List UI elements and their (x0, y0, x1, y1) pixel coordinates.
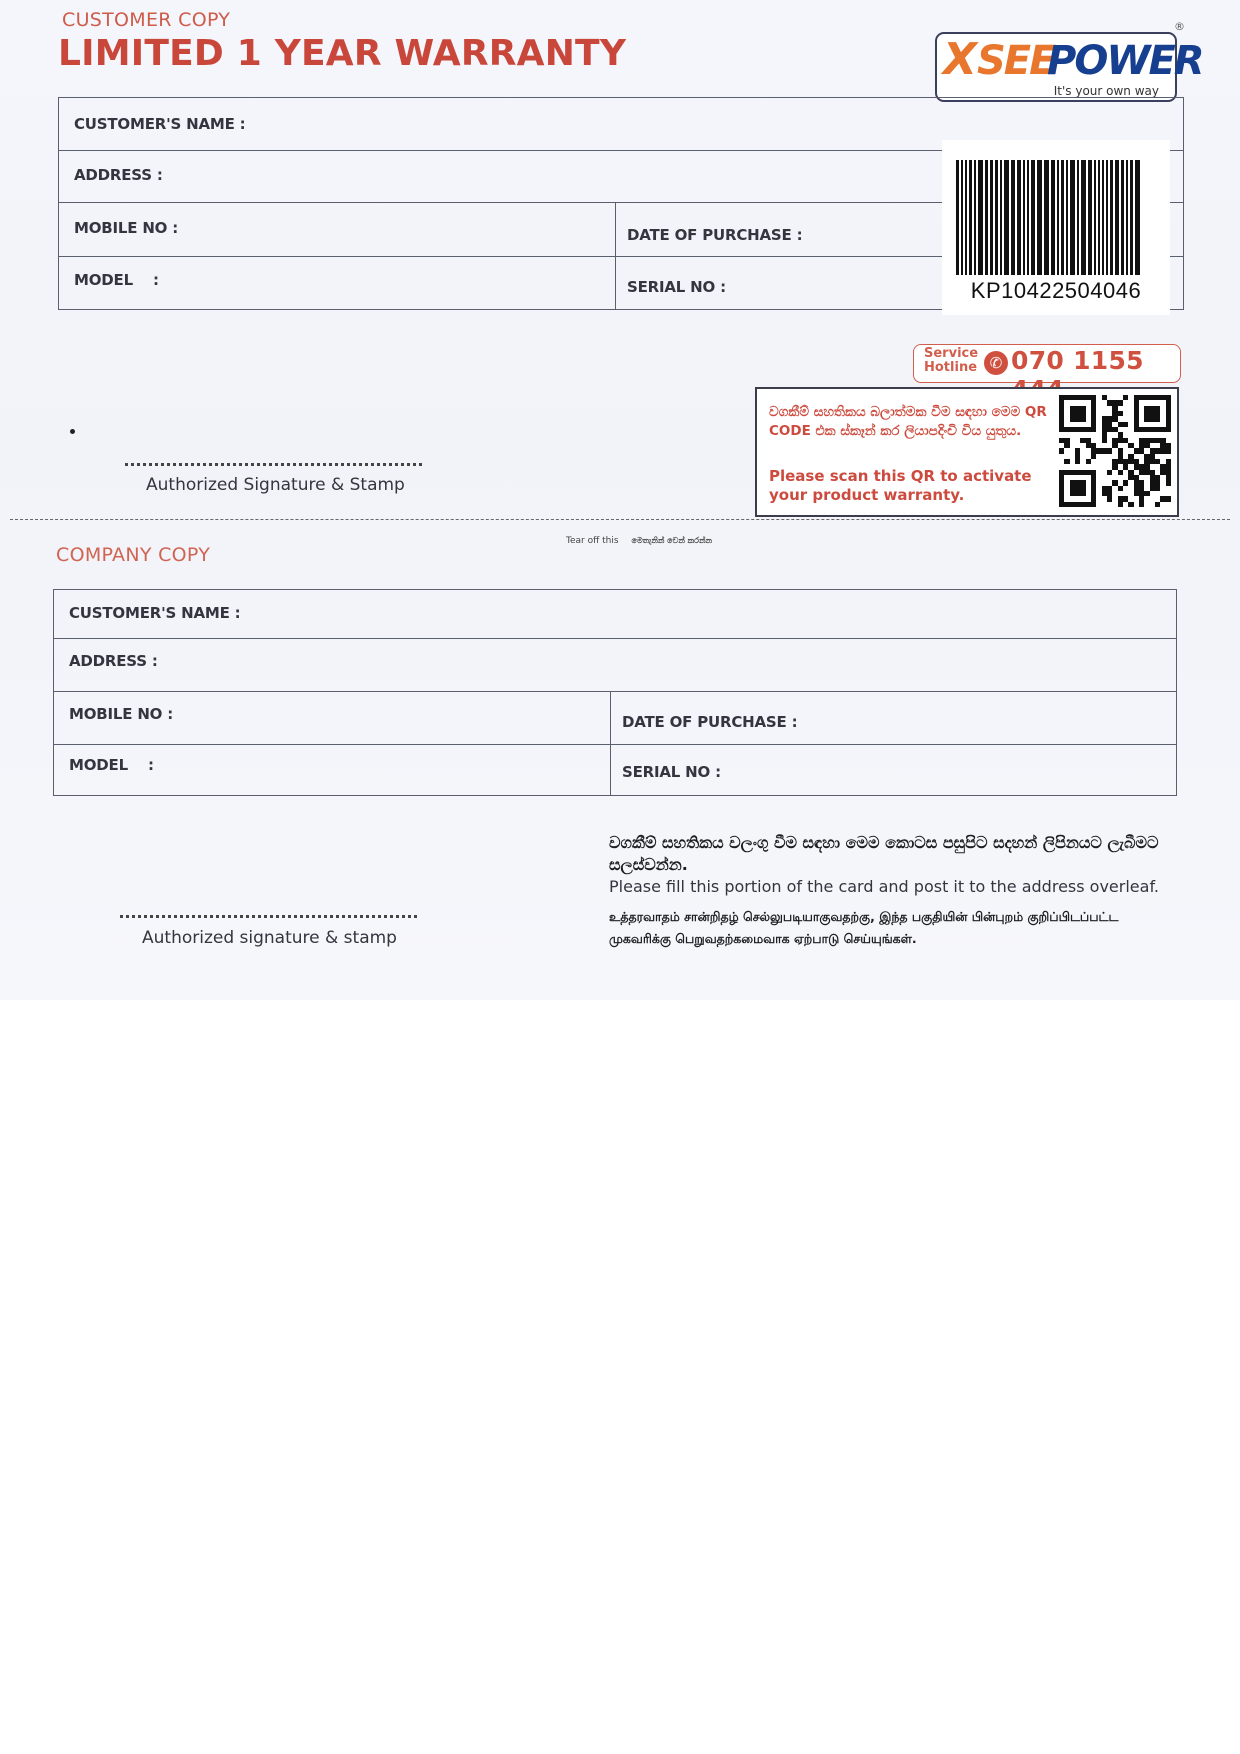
barcode-bar (1004, 160, 1009, 275)
tear-off-note: Tear off this මෙතැනින් වෙන් කරන්න (566, 536, 712, 546)
barcode-bar (1011, 160, 1015, 275)
authorized-signature-label: Authorized Signature & Stamp (146, 475, 405, 495)
barcode-bar (1000, 160, 1002, 275)
barcode-bar (1061, 160, 1064, 275)
model-label[interactable]: MODEL : (74, 271, 159, 289)
barcode-bar (1031, 160, 1035, 275)
barcode-bar (974, 160, 976, 275)
customer-name-row[interactable]: CUSTOMER'S NAME : (54, 590, 1176, 639)
qr-notice-sinhala: වගකීම් සහතිකය බලාත්මක වීම සඳහා මෙම QR CO… (769, 403, 1054, 441)
phone-icon: ✆ (984, 351, 1008, 375)
hotline-label-line2: Hotline (924, 361, 978, 375)
serial-no-label[interactable]: SERIAL NO : (622, 763, 721, 781)
date-of-purchase-label[interactable]: DATE OF PURCHASE : (622, 713, 797, 731)
barcode-bar (990, 160, 993, 275)
warranty-title: LIMITED 1 YEAR WARRANTY (58, 33, 626, 74)
barcode-sticker: KP10422504046 (942, 140, 1170, 315)
column-divider (610, 691, 611, 795)
barcode-bar (978, 160, 983, 275)
barcode-bar (1102, 160, 1104, 275)
instructions-sinhala: වගකීම් සහතිකය වලංගු වීම සඳහා මෙම කොටස පස… (609, 832, 1169, 876)
barcode-bar (1088, 160, 1092, 275)
address-label: ADDRESS : (69, 652, 158, 670)
company-copy-form: CUSTOMER'S NAME : ADDRESS : MOBILE NO : … (53, 589, 1177, 796)
barcode-bar (1066, 160, 1068, 275)
mobile-date-row: MOBILE NO : DATE OF PURCHASE : (54, 691, 1176, 745)
brand-name-power: POWER (1047, 38, 1203, 84)
date-of-purchase-label[interactable]: DATE OF PURCHASE : (627, 226, 802, 244)
registered-mark: ® (1174, 20, 1185, 33)
address-label: ADDRESS : (74, 166, 163, 184)
instructions-tamil: உத்தரவாதம் சான்றிதழ் செல்லுபடியாகுவதற்கு… (609, 906, 1169, 950)
barcode-bar (1051, 160, 1055, 275)
tear-off-line[interactable] (10, 519, 1230, 520)
barcode-bar (1057, 160, 1059, 275)
signature-line (125, 463, 422, 466)
barcode-bar (1126, 160, 1128, 275)
barcode-bar (1094, 160, 1096, 275)
barcode-bar (1130, 160, 1133, 275)
address-row[interactable]: ADDRESS : (54, 638, 1176, 692)
barcode-bar (969, 160, 972, 275)
runner-x-icon: X (943, 34, 977, 85)
barcode-bar (1110, 160, 1113, 275)
barcode-icon (956, 160, 1156, 275)
barcode-bar (1027, 160, 1029, 275)
qr-code-icon[interactable] (1059, 395, 1171, 507)
column-divider (615, 202, 616, 309)
qr-activation-box: වගකීම් සහතිකය බලාත්මක වීම සඳහා මෙම QR CO… (755, 387, 1179, 517)
tear-off-english: Tear off this (566, 536, 619, 546)
barcode-value: KP10422504046 (942, 278, 1170, 304)
barcode-bar (965, 160, 967, 275)
customer-copy-heading: CUSTOMER COPY (62, 9, 230, 31)
barcode-bar (1070, 160, 1075, 275)
brand-name-see: SEE (977, 38, 1054, 84)
brand-logo: X SEE POWER It's your own way (935, 32, 1177, 102)
barcode-bar (956, 160, 959, 275)
barcode-bar (995, 160, 998, 275)
model-label[interactable]: MODEL : (69, 756, 154, 774)
mobile-no-label[interactable]: MOBILE NO : (69, 705, 173, 723)
qr-notice-english: Please scan this QR to activate your pro… (769, 467, 1059, 505)
hotline-label-line1: Service (924, 347, 978, 361)
signature-line (120, 915, 417, 918)
barcode-bar (985, 160, 988, 275)
customer-name-label: CUSTOMER'S NAME : (69, 604, 240, 622)
tear-off-sinhala: මෙතැනින් වෙන් කරන්න (631, 536, 712, 545)
mobile-no-label[interactable]: MOBILE NO : (74, 219, 178, 237)
hotline-label: Service Hotline (924, 347, 978, 375)
barcode-bar (1023, 160, 1025, 275)
barcode-bar (1017, 160, 1021, 275)
brand-tagline: It's your own way (1054, 84, 1159, 98)
serial-no-label[interactable]: SERIAL NO : (627, 278, 726, 296)
barcode-bar (1121, 160, 1124, 275)
scan-speck (70, 429, 75, 434)
authorized-signature-label: Authorized signature & stamp (142, 928, 397, 948)
service-hotline-badge: Service Hotline ✆ 070 1155 444 (913, 344, 1181, 383)
barcode-bar (1077, 160, 1079, 275)
barcode-bar (961, 160, 963, 275)
blank-page-area (0, 1000, 1240, 1754)
barcode-bar (1098, 160, 1100, 275)
barcode-bar (1037, 160, 1042, 275)
barcode-bar (1106, 160, 1108, 275)
barcode-bar (1115, 160, 1119, 275)
company-copy-heading: COMPANY COPY (56, 544, 210, 566)
customer-name-label: CUSTOMER'S NAME : (74, 115, 245, 133)
barcode-bar (1135, 160, 1140, 275)
instructions-english: Please fill this portion of the card and… (609, 877, 1159, 896)
barcode-bar (1081, 160, 1086, 275)
barcode-bar (1044, 160, 1049, 275)
model-serial-row: MODEL : SERIAL NO : (54, 744, 1176, 796)
